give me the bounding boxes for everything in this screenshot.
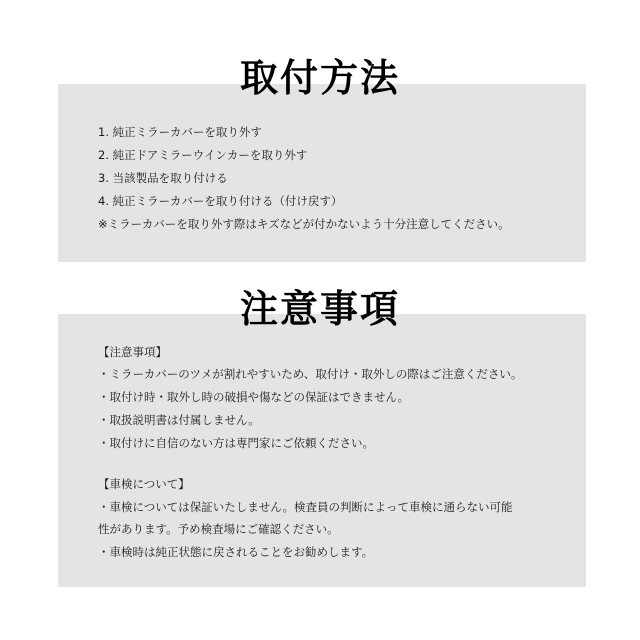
installation-step: 1. 純正ミラーカバーを取り外す xyxy=(98,124,262,140)
caution-note: ・取付け時・取外し時の破損や傷などの保証はできません。 xyxy=(98,389,409,405)
installation-note: ※ミラーカバーを取り外す際はキズなどが付かないよう十分注意してください。 xyxy=(98,216,510,232)
inspection-heading: 【車検について】 xyxy=(98,476,190,492)
inspection-line: ・車検については保証いたしません。検査員の判断によって車検に通らない可能 xyxy=(98,499,512,515)
cautions-panel: 【注意事項】 ・ミラーカバーのツメが割れやすいため、取付け・取外しの際はご注意く… xyxy=(58,314,586,587)
inspection-line: 性があります。予め検査場にご確認ください。 xyxy=(98,521,339,537)
notes-heading: 【注意事項】 xyxy=(98,344,167,360)
caution-note: ・取付けに自信のない方は専門家にご依頼ください。 xyxy=(98,435,374,451)
installation-title: 取付方法 xyxy=(0,56,640,100)
installation-step: 3. 当該製品を取り付ける xyxy=(98,170,228,186)
installation-step: 4. 純正ミラーカバーを取り付ける（付け戻す） xyxy=(98,193,342,209)
cautions-title: 注意事項 xyxy=(0,287,640,331)
installation-step: 2. 純正ドアミラーウインカーを取り外す xyxy=(98,147,307,163)
caution-note: ・取扱説明書は付属しません。 xyxy=(98,412,260,428)
inspection-line: ・車検時は純正状態に戻されることをお勧めします。 xyxy=(98,544,373,560)
installation-panel: 1. 純正ミラーカバーを取り外す 2. 純正ドアミラーウインカーを取り外す 3.… xyxy=(58,84,586,262)
caution-note: ・ミラーカバーのツメが割れやすいため、取付け・取外しの際はご注意ください。 xyxy=(98,366,522,382)
